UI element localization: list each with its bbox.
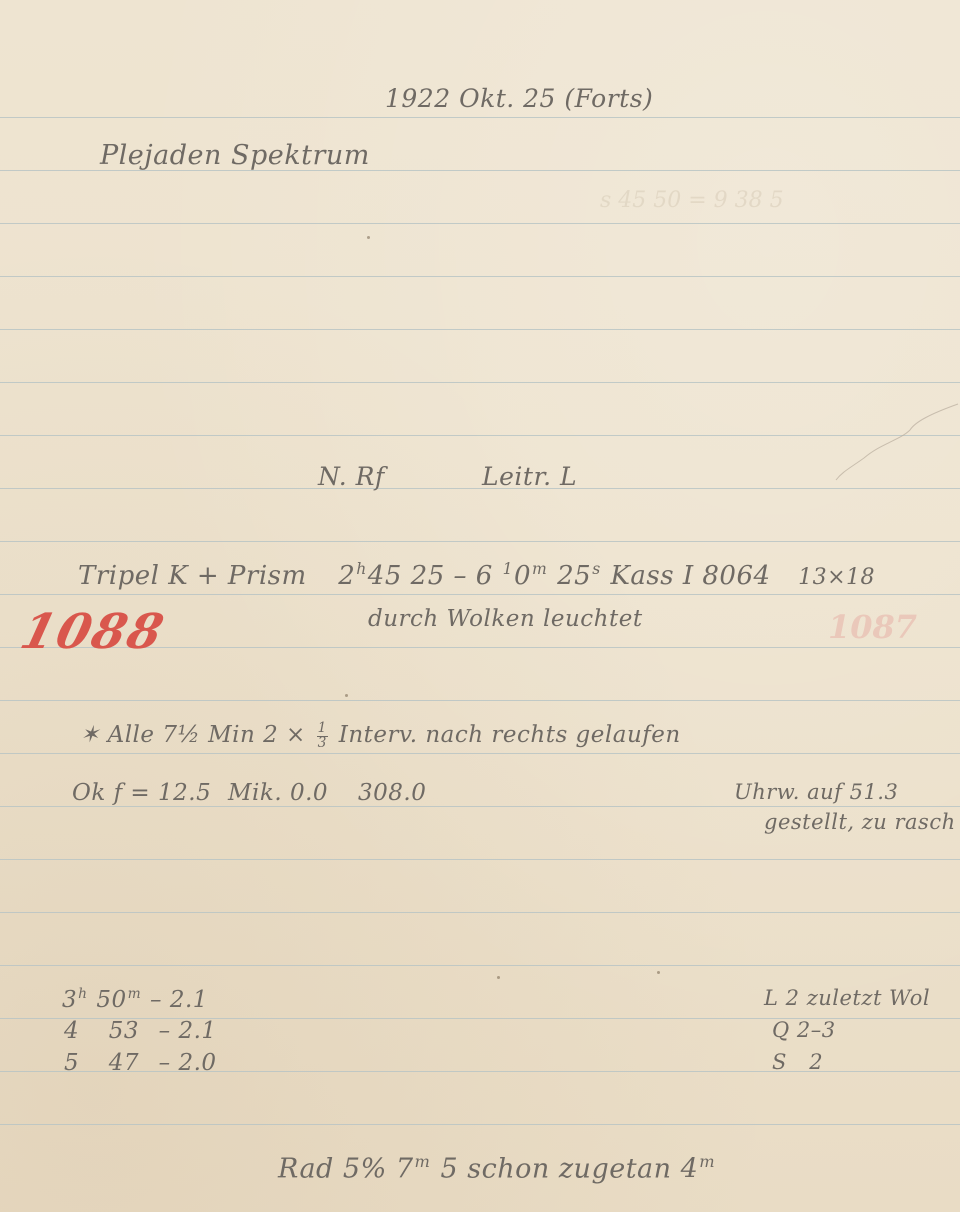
ruled-line bbox=[0, 806, 960, 807]
clock-note-line1: Uhrw. auf 51.3 bbox=[734, 780, 898, 804]
fraction-one-third: 13 bbox=[317, 722, 328, 749]
interval-note: ✶ Alle 7½ Min 2 × 13 Interv. nach rechts… bbox=[80, 722, 681, 750]
reading-row: 5 47 – 2.0 bbox=[64, 1050, 217, 1076]
interval-text-before: Alle 7½ Min 2 × bbox=[108, 722, 306, 748]
paper-speck bbox=[657, 971, 660, 974]
interval-text-after: Interv. nach rechts gelaufen bbox=[339, 722, 681, 748]
exposure-line: Tripel K + Prism 2h45 25 – 6 10m 25s Kas… bbox=[78, 560, 875, 591]
ruled-line bbox=[0, 117, 960, 118]
ruled-line bbox=[0, 223, 960, 224]
paper-speck bbox=[345, 694, 348, 697]
bleed-through-text: s 45 50 = 9 38 5 bbox=[600, 188, 784, 213]
seeing-row: L 2 zuletzt Wol bbox=[764, 986, 930, 1010]
instrument-label: N. Rf bbox=[318, 462, 385, 491]
star-icon: ✶ bbox=[80, 722, 100, 748]
ruled-line bbox=[0, 541, 960, 542]
ruled-line bbox=[0, 329, 960, 330]
ruled-line bbox=[0, 965, 960, 966]
reading-row: 3h 50m – 2.1 bbox=[62, 986, 208, 1013]
ok-setting: Ok f = 12.5 bbox=[72, 780, 211, 806]
footer-note: Rad 5% 7m 5 schon zugetan 4m bbox=[278, 1152, 716, 1184]
end-hour-sup: 1 bbox=[503, 560, 513, 578]
entry-date: 1922 Okt. 25 (Forts) bbox=[385, 84, 653, 113]
min-unit: m bbox=[532, 560, 547, 578]
exposure-end-sec: 25 bbox=[557, 561, 591, 591]
guide-label: Leitr. L bbox=[482, 462, 577, 491]
exposure-start-hour: 2 bbox=[338, 561, 355, 591]
reading-row: 4 53 – 2.1 bbox=[64, 1018, 217, 1044]
ruled-line bbox=[0, 594, 960, 595]
logbook-page: s 45 50 = 9 38 5 1087 1922 Okt. 25 (Fort… bbox=[0, 0, 960, 1212]
hour-unit: h bbox=[356, 560, 367, 578]
plate-size: 13×18 bbox=[798, 565, 875, 590]
ruled-line bbox=[0, 435, 960, 436]
sec-unit: s bbox=[592, 560, 601, 578]
mik-setting: Mik. 0.0 bbox=[228, 780, 328, 806]
ruled-line bbox=[0, 382, 960, 383]
exposure-start-rest: 45 25 – 6 bbox=[368, 561, 493, 591]
plate-number: 1088 bbox=[15, 604, 171, 660]
clock-note-line2: gestellt, zu rasch bbox=[764, 810, 956, 834]
ruled-line bbox=[0, 700, 960, 701]
paper-speck bbox=[367, 236, 370, 239]
page-title: Plejaden Spektrum bbox=[100, 140, 370, 171]
setting-value: 308.0 bbox=[358, 780, 426, 806]
plate-holder: Kass I 8064 bbox=[610, 561, 770, 591]
bleed-through-red-number: 1087 bbox=[828, 608, 917, 646]
ruled-line bbox=[0, 912, 960, 913]
exposure-note: durch Wolken leuchtet bbox=[368, 606, 643, 632]
seeing-row: Q 2–3 bbox=[772, 1018, 836, 1042]
exposure-setup: Tripel K + Prism bbox=[78, 561, 307, 591]
seeing-row: S 2 bbox=[772, 1050, 823, 1074]
paper-crease bbox=[820, 400, 960, 490]
ruled-line bbox=[0, 859, 960, 860]
ruled-line bbox=[0, 753, 960, 754]
paper-speck bbox=[497, 976, 500, 979]
ruled-line bbox=[0, 488, 960, 489]
exposure-end-min: 0 bbox=[514, 561, 531, 591]
ruled-line bbox=[0, 276, 960, 277]
ruled-line bbox=[0, 1124, 960, 1125]
